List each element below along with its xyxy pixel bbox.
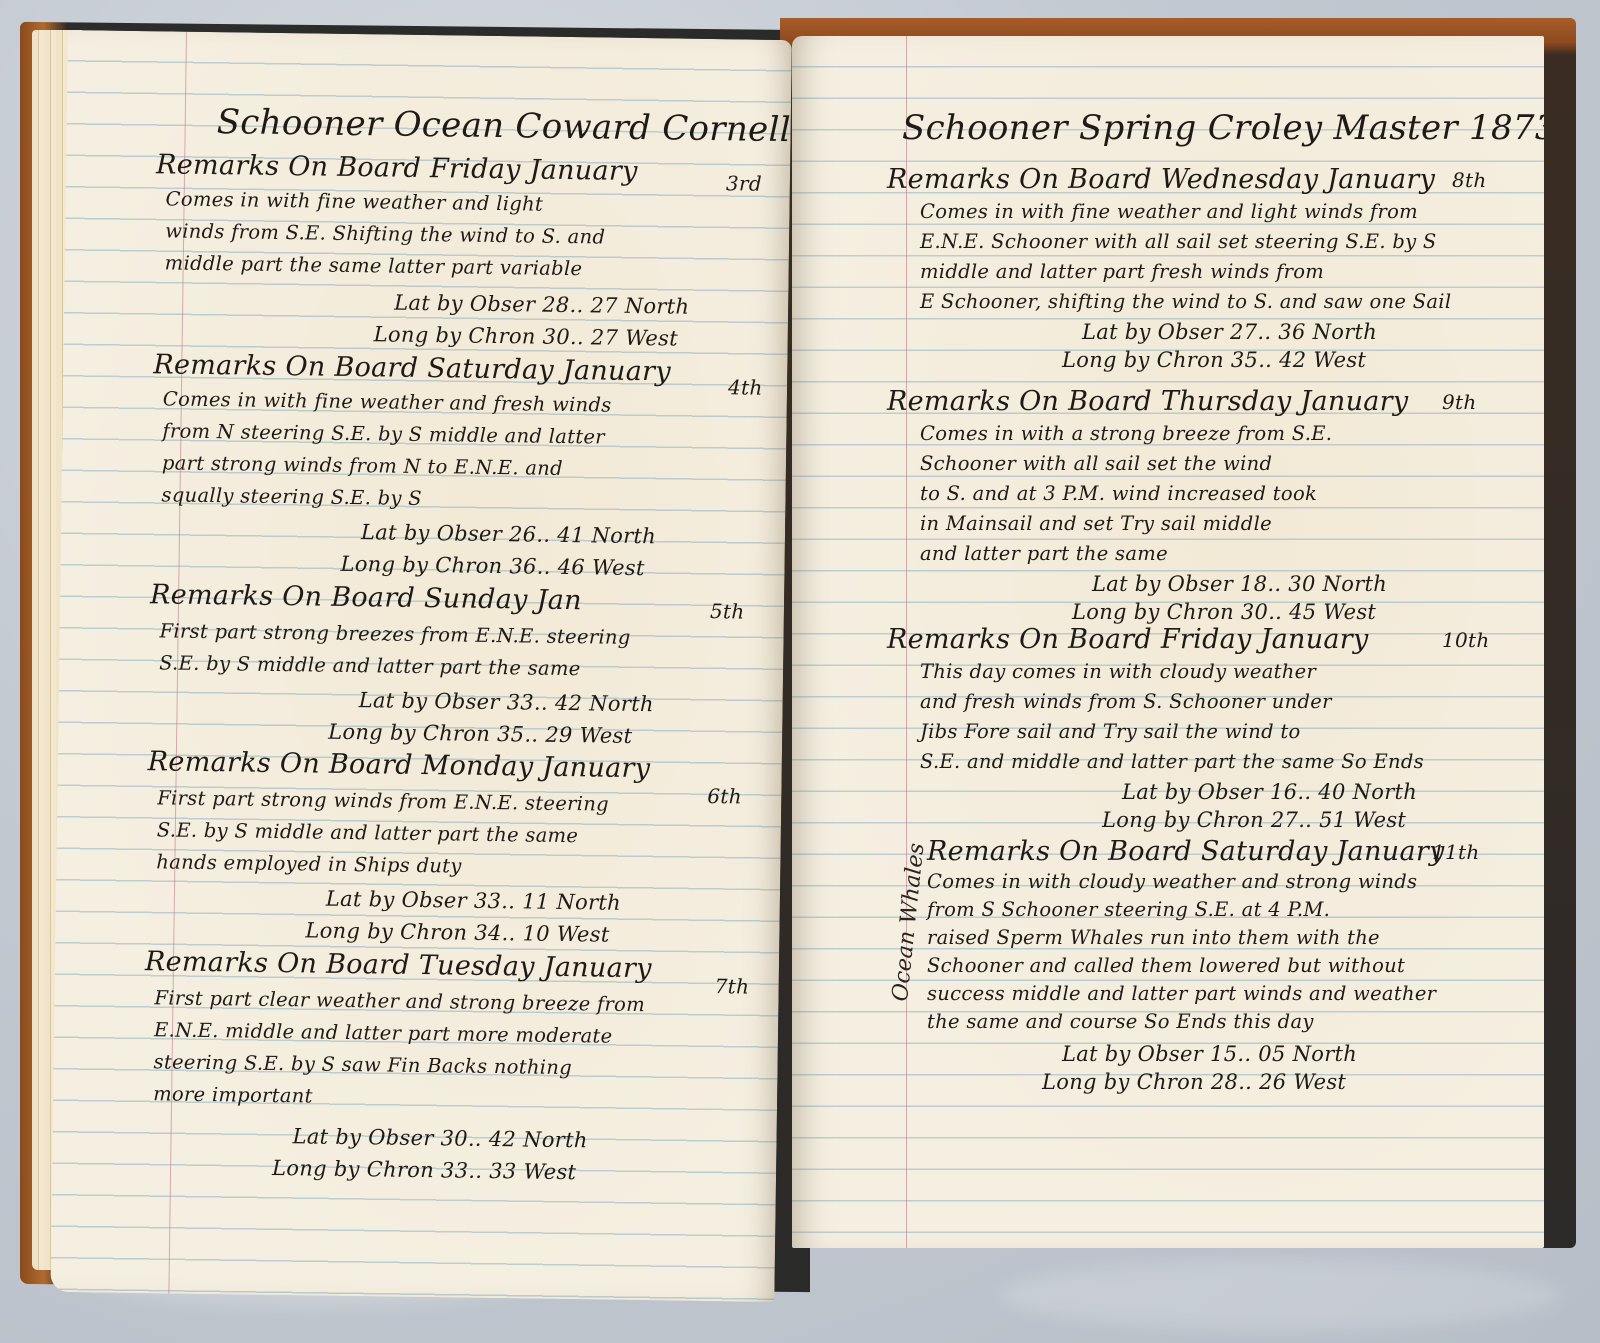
log-entry: Remarks On Board Tuesday January 7th Fir… (55, 945, 779, 955)
entry-remark: Remarks On Board Thursday January (887, 386, 1408, 417)
latitude: Lat by Obser 18.. 30 North (1092, 572, 1387, 596)
entry-line: success middle and latter part winds and… (927, 982, 1436, 1005)
entry-line: squally steering S.E. by S (161, 483, 422, 510)
entry-line: and latter part the same (920, 542, 1168, 565)
entry-line: from S Schooner steering S.E. at 4 P.M. (927, 898, 1330, 921)
entry-date: 6th (707, 784, 742, 808)
entry-date: 10th (1442, 628, 1490, 652)
entry-remark: Remarks On Board Wednesday January (887, 164, 1435, 195)
entry-line: and fresh winds from S. Schooner under (920, 690, 1332, 713)
entry-line: Comes in with fine weather and light win… (920, 200, 1418, 223)
entry-line: Comes in with cloudy weather and strong … (927, 870, 1417, 893)
entry-remark: Remarks On Board Tuesday January (145, 946, 652, 984)
entry-line: Schooner with all sail set the wind (920, 452, 1272, 475)
entry-line: First part strong breezes from E.N.E. st… (159, 619, 630, 649)
latitude: Lat by Obser 30.. 42 North (292, 1124, 587, 1152)
entry-line: Comes in with a strong breeze from S.E. (920, 422, 1332, 445)
entry-line: hands employed in Ships duty (156, 850, 462, 877)
entry-line: more important (153, 1082, 313, 1107)
log-entry: Remarks On Board Saturday January 4th Co… (64, 348, 788, 358)
entry-line: First part clear weather and strong bree… (154, 986, 645, 1016)
entry-line: the same and course So Ends this day (927, 1010, 1314, 1033)
log-entry: Remarks On Board Friday January 3rd Come… (66, 148, 790, 158)
entry-line: in Mainsail and set Try sail middle (920, 512, 1272, 535)
entry-remark: Remarks On Board Friday January (156, 149, 638, 187)
entry-line: Comes in with fine weather and fresh win… (163, 387, 612, 416)
entry-remark: Remarks On Board Saturday January (153, 349, 671, 387)
log-entry: Remarks On Board Sunday Jan 5th First pa… (60, 578, 784, 588)
entry-remark: Remarks On Board Saturday January (927, 836, 1445, 867)
entry-line: middle part the same latter part variabl… (165, 251, 583, 280)
latitude: Lat by Obser 28.. 27 North (394, 291, 689, 319)
entry-line: raised Sperm Whales run into them with t… (927, 926, 1380, 949)
entry-line: E.N.E. middle and latter part more moder… (154, 1018, 613, 1047)
latitude: Lat by Obser 26.. 41 North (361, 520, 656, 548)
entry-line: steering S.E. by S saw Fin Backs nothing (153, 1050, 572, 1079)
entry-line: from N steering S.E. by S middle and lat… (162, 419, 605, 448)
entry-line: winds from S.E. Shifting the wind to S. … (165, 219, 605, 248)
longitude: Long by Chron 33.. 33 West (272, 1156, 576, 1184)
entry-line: part strong winds from N to E.N.E. and (162, 451, 563, 480)
logbook: Schooner Ocean Coward Cornell Remarks On… (20, 18, 1580, 1338)
entry-date: 7th (715, 974, 750, 998)
longitude: Long by Chron 27.. 51 West (1102, 808, 1406, 832)
longitude: Long by Chron 35.. 29 West (328, 720, 632, 748)
entry-date: 8th (1452, 168, 1487, 192)
left-page: Schooner Ocean Coward Cornell Remarks On… (50, 30, 792, 1302)
entry-line: First part strong winds from E.N.E. stee… (157, 786, 609, 815)
latitude: Lat by Obser 33.. 42 North (359, 688, 654, 716)
entry-line: Jibs Fore sail and Try sail the wind to (920, 720, 1301, 743)
right-page-heading: Schooner Spring Croley Master 1873 (902, 108, 1544, 148)
latitude: Lat by Obser 16.. 40 North (1122, 780, 1417, 804)
left-page-heading: Schooner Ocean Coward Cornell (216, 102, 791, 150)
longitude: Long by Chron 35.. 42 West (1062, 348, 1366, 372)
entry-line: Comes in with fine weather and light (165, 187, 543, 215)
latitude: Lat by Obser 15.. 05 North (1062, 1042, 1357, 1066)
entry-line: to S. and at 3 P.M. wind increased took (920, 482, 1317, 505)
entry-line: E.N.E. Schooner with all sail set steeri… (920, 230, 1437, 253)
entry-line: E Schooner, shifting the wind to S. and … (920, 290, 1451, 313)
entry-date: 9th (1442, 390, 1477, 414)
longitude: Long by Chron 34.. 10 West (305, 918, 609, 946)
entry-remark: Remarks On Board Friday January (887, 624, 1369, 655)
longitude: Long by Chron 30.. 45 West (1072, 600, 1376, 624)
entry-line: Schooner and called them lowered but wit… (927, 954, 1405, 977)
entry-line: S.E. by S middle and latter part the sam… (159, 651, 581, 680)
log-entry: Remarks On Board Monday January 6th Firs… (58, 745, 782, 755)
longitude: Long by Chron 30.. 27 West (374, 322, 678, 350)
right-page: Schooner Spring Croley Master 1873 Remar… (792, 36, 1544, 1248)
longitude: Long by Chron 28.. 26 West (1042, 1070, 1346, 1094)
entry-line: S.E. and middle and latter part the same… (920, 750, 1424, 773)
entry-date: 5th (710, 599, 745, 623)
longitude: Long by Chron 36.. 46 West (340, 552, 644, 580)
entry-date: 4th (728, 375, 763, 399)
entry-line: This day comes in with cloudy weather (920, 660, 1316, 683)
entry-line: S.E. by S middle and latter part the sam… (157, 818, 579, 847)
entry-line: middle and latter part fresh winds from (920, 260, 1324, 283)
entry-remark: Remarks On Board Sunday Jan (150, 579, 582, 616)
latitude: Lat by Obser 33.. 11 North (326, 887, 621, 915)
latitude: Lat by Obser 27.. 36 North (1082, 320, 1377, 344)
entry-remark: Remarks On Board Monday January (148, 746, 651, 784)
entry-date: 3rd (726, 171, 762, 196)
entry-date: 11th (1432, 840, 1480, 864)
